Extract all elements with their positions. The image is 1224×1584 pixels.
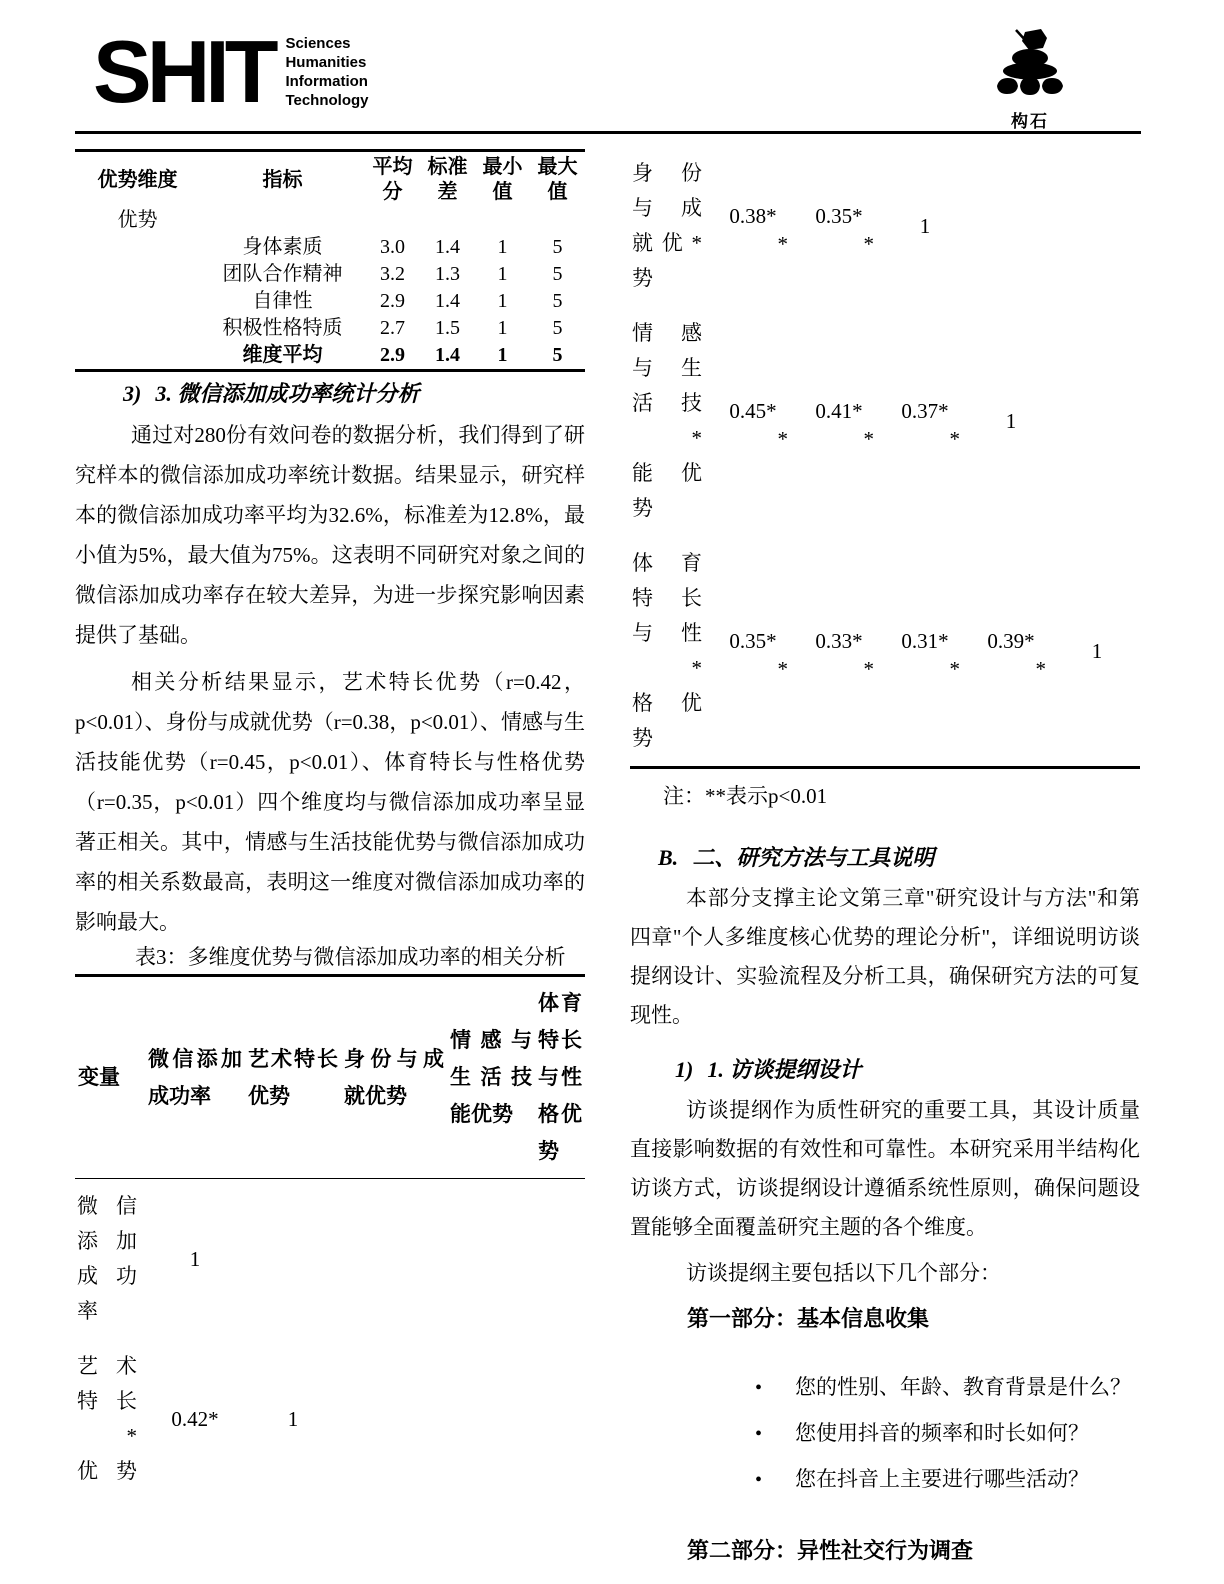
paragraph-correlation-results: 相关分析结果显示，艺术特长优势（r=0.42，p<0.01）、身份与成就优势（r…	[75, 662, 585, 942]
t3-header-row: 变量 微信添加成功率 艺术特长优势 身份与成就优势 情感与生活技能优势 体育特长…	[75, 976, 585, 1179]
seal-label: 构石	[985, 107, 1075, 132]
list-item: • 您使用抖音的频率和时长如何？	[755, 1411, 1140, 1457]
table-row: 积极性格特质 2.7 1.5 1 5	[75, 315, 585, 342]
t1-cell: 1.4	[420, 288, 475, 315]
t1-cell	[365, 207, 420, 234]
t3-cell	[341, 1179, 447, 1340]
t1-cell: 5	[530, 342, 585, 371]
table-row-sports-advantage: 体育 特长 与性 * 格优 势 0.35** 0.33** 0.31** 0.3…	[630, 536, 1140, 768]
bullet-icon: •	[755, 1412, 795, 1457]
t1-cell	[530, 207, 585, 234]
t1-cell: 2.7	[365, 315, 420, 342]
t3-cell: 0.35**	[710, 536, 796, 768]
table-row-art-advantage: 艺术 特长 * 优势 0.42* 1	[75, 1339, 585, 1499]
t3-cell: 1	[968, 306, 1054, 536]
t1-cell: 维度平均	[200, 342, 365, 371]
t3-header-wechat: 微信添加成功率	[145, 976, 245, 1179]
logo-word: Sciences	[285, 34, 368, 53]
t3-row-label: 情感 与生 活技 * 能优 势	[630, 306, 710, 536]
t3-cell	[245, 1179, 341, 1340]
t1-cell: 1.3	[420, 261, 475, 288]
t1-header-row: 优势维度 指标 平均分 标准差 最小值 最大值	[75, 151, 585, 208]
paragraph-outline-parts-lead: 访谈提纲主要包括以下几个部分：	[630, 1254, 1140, 1293]
t1-cell	[75, 261, 200, 288]
t1-cell: 2.9	[365, 288, 420, 315]
correlation-table-right: 身份 与成 就优* 势 0.38** 0.35** 1 情感 与生 活技 * 能…	[630, 146, 1140, 769]
t1-cell: 1.4	[420, 234, 475, 261]
t3-cell	[1054, 146, 1140, 306]
table-row: 自律性 2.9 1.4 1 5	[75, 288, 585, 315]
t1-cell	[475, 207, 530, 234]
section-title: 二、研究方法与工具说明	[692, 845, 934, 870]
t3-header-art: 艺术特长优势	[245, 976, 341, 1179]
t3-cell	[1054, 306, 1140, 536]
t1-cell: 1.5	[420, 315, 475, 342]
t1-cell	[75, 234, 200, 261]
bullet-icon: •	[755, 1366, 795, 1411]
bullet-text: 您的性别、年龄、教育背景是什么？	[795, 1365, 1131, 1410]
left-column: 优势维度 指标 平均分 标准差 最小值 最大值 优势 身体素质 3.0	[75, 140, 585, 1499]
t3-cell: 0.35**	[796, 146, 882, 306]
t1-cell: 自律性	[200, 288, 365, 315]
t3-cell: 0.33**	[796, 536, 882, 768]
t1-cell: 5	[530, 315, 585, 342]
t3-cell	[968, 146, 1054, 306]
t1-cell: 1.4	[420, 342, 475, 371]
section-heading-wechat-stats: 3)3. 微信添加成功率统计分析	[123, 379, 585, 409]
table3-note: 注：**表示p<0.01	[663, 781, 1140, 811]
section-number: 3)	[123, 381, 141, 406]
journal-logo: SHIT Sciences Humanities Information Tec…	[93, 34, 369, 110]
t3-cell: 1	[145, 1179, 245, 1340]
t3-header-sports: 体育特长与性格优势	[535, 976, 585, 1179]
t1-cell: 1	[475, 315, 530, 342]
t3-row-label: 身份 与成 就优* 势	[630, 146, 710, 306]
t3-cell: 1	[1054, 536, 1140, 768]
t3-cell: 0.42*	[145, 1339, 245, 1499]
bullet-text: 您在抖音上主要进行哪些活动？	[795, 1457, 1089, 1502]
section-number: B.	[658, 845, 678, 870]
t1-cell: 优势	[75, 207, 200, 234]
t3-cell	[535, 1179, 585, 1340]
masthead: SHIT Sciences Humanities Information Tec…	[0, 0, 1224, 131]
publisher-seal: 构石	[985, 24, 1075, 132]
logo-word: Information	[285, 72, 368, 91]
t1-cell: 1	[475, 261, 530, 288]
t3-cell	[447, 1339, 535, 1499]
t3-cell	[535, 1339, 585, 1499]
bullet-text: 您使用抖音的频率和时长如何？	[795, 1411, 1089, 1456]
logo-acronym: SHIT	[93, 34, 273, 110]
t1-header-mean: 平均分	[365, 151, 420, 208]
t3-cell: 0.38**	[710, 146, 796, 306]
t3-row-label: 微信 添加 成功 率	[75, 1179, 145, 1340]
right-column: 身份 与成 就优* 势 0.38** 0.35** 1 情感 与生 活技 * 能…	[630, 140, 1140, 1567]
t1-cell	[75, 315, 200, 342]
section-number: 1)	[675, 1057, 693, 1082]
t3-cell: 0.31**	[882, 536, 968, 768]
t1-cell	[420, 207, 475, 234]
t3-header-variable: 变量	[75, 976, 145, 1179]
paragraph-interview-outline: 访谈提纲作为质性研究的重要工具，其设计质量直接影响数据的有效性和可靠性。本研究采…	[630, 1091, 1140, 1247]
t3-header-identity: 身份与成就优势	[341, 976, 447, 1179]
correlation-table-left: 变量 微信添加成功率 艺术特长优势 身份与成就优势 情感与生活技能优势 体育特长…	[75, 974, 585, 1499]
t3-cell	[447, 1179, 535, 1340]
t3-row-label: 艺术 特长 * 优势	[75, 1339, 145, 1499]
logo-words: Sciences Humanities Information Technolo…	[285, 34, 368, 110]
section-heading-interview-outline: 1)1. 访谈提纲设计	[675, 1055, 1140, 1085]
stone-stack-icon	[991, 24, 1069, 106]
t1-header-sd: 标准差	[420, 151, 475, 208]
paragraph-methods-intro: 本部分支撑主论文第三章"研究设计与方法"和第四章"个人多维度核心优势的理论分析"…	[630, 879, 1140, 1035]
t1-cell: 3.2	[365, 261, 420, 288]
t1-cell	[75, 342, 200, 371]
t3-cell: 0.37**	[882, 306, 968, 536]
t3-row-label: 体育 特长 与性 * 格优 势	[630, 536, 710, 768]
t3-header-emotion: 情感与生活技能优势	[447, 976, 535, 1179]
bullet-icon: •	[755, 1458, 795, 1503]
table-row-dimension-average: 维度平均 2.9 1.4 1 5	[75, 342, 585, 371]
t1-header-dimension: 优势维度	[75, 151, 200, 208]
t1-cell	[75, 288, 200, 315]
logo-word: Technology	[285, 91, 368, 110]
t1-cell: 5	[530, 234, 585, 261]
table-row-emotion-advantage: 情感 与生 活技 * 能优 势 0.45** 0.41** 0.37** 1	[630, 306, 1140, 536]
t1-cell: 1	[475, 288, 530, 315]
list-item: • 您的性别、年龄、教育背景是什么？	[755, 1365, 1140, 1411]
part1-heading: 第一部分：基本信息收集	[687, 1303, 1140, 1335]
table-row-wechat-rate: 微信 添加 成功 率 1	[75, 1179, 585, 1340]
t1-cell: 积极性格特质	[200, 315, 365, 342]
t3-cell	[341, 1339, 447, 1499]
table-row: 优势	[75, 207, 585, 234]
t3-cell: 1	[245, 1339, 341, 1499]
table-row-identity-advantage: 身份 与成 就优* 势 0.38** 0.35** 1	[630, 146, 1140, 306]
t1-header-min: 最小值	[475, 151, 530, 208]
t1-cell: 5	[530, 261, 585, 288]
list-item: • 您在抖音上主要进行哪些活动？	[755, 1457, 1140, 1503]
table3-caption: 表3：多维度优势与微信添加成功率的相关分析	[135, 942, 585, 972]
table-row: 身体素质 3.0 1.4 1 5	[75, 234, 585, 261]
t1-cell: 身体素质	[200, 234, 365, 261]
t3-cell: 1	[882, 146, 968, 306]
part2-heading: 第二部分：异性社交行为调查	[687, 1535, 1140, 1567]
logo-word: Humanities	[285, 53, 368, 72]
t1-cell: 1	[475, 234, 530, 261]
t1-cell: 2.9	[365, 342, 420, 371]
descriptive-stats-table: 优势维度 指标 平均分 标准差 最小值 最大值 优势 身体素质 3.0	[75, 149, 585, 372]
paragraph-wechat-stats: 通过对280份有效问卷的数据分析，我们得到了研究样本的微信添加成功率统计数据。结…	[75, 415, 585, 655]
section-heading-methods: B.二、研究方法与工具说明	[658, 843, 1140, 873]
t1-cell: 3.0	[365, 234, 420, 261]
table-row: 团队合作精神 3.2 1.3 1 5	[75, 261, 585, 288]
t1-cell: 5	[530, 288, 585, 315]
t3-cell: 0.45**	[710, 306, 796, 536]
t1-header-max: 最大值	[530, 151, 585, 208]
t1-cell: 团队合作精神	[200, 261, 365, 288]
interview-question-list: • 您的性别、年龄、教育背景是什么？ • 您使用抖音的频率和时长如何？ • 您在…	[630, 1365, 1140, 1503]
t1-cell: 1	[475, 342, 530, 371]
section-title: 3. 微信添加成功率统计分析	[155, 381, 419, 406]
section-title: 1. 访谈提纲设计	[707, 1057, 861, 1082]
t1-cell	[200, 207, 365, 234]
t3-cell: 0.41**	[796, 306, 882, 536]
t1-header-indicator: 指标	[200, 151, 365, 208]
header-rule	[75, 131, 1141, 134]
t3-cell: 0.39**	[968, 536, 1054, 768]
